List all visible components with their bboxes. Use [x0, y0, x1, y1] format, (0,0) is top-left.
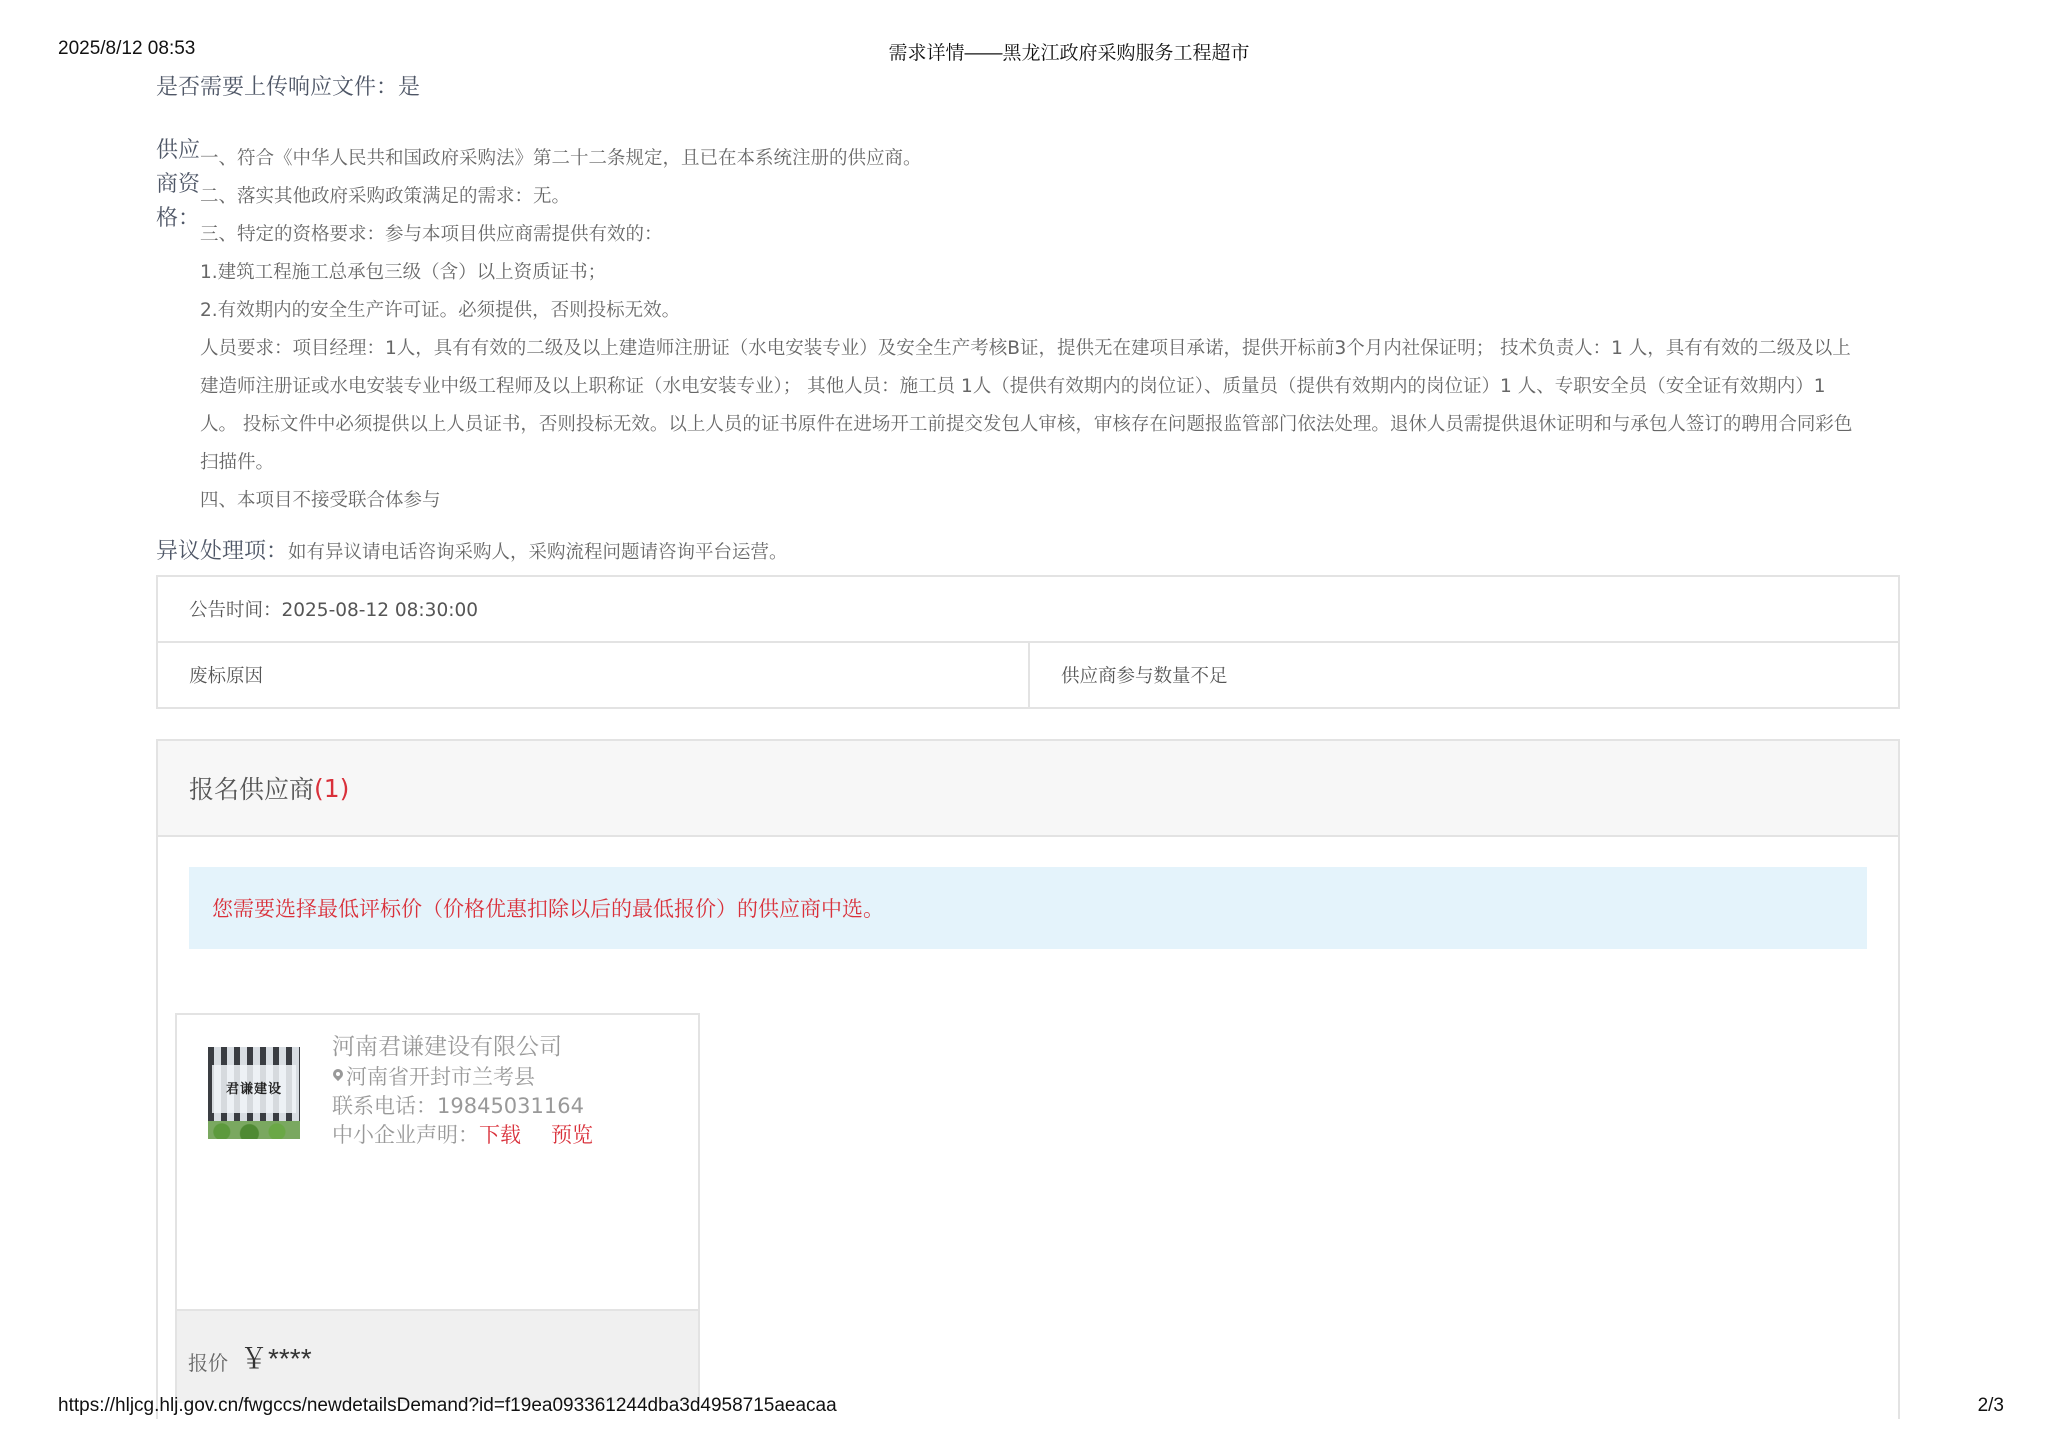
abandon-reason-row: 废标原因 供应商参与数量不足: [158, 641, 1898, 707]
company-phone: 19845031164: [437, 1094, 584, 1118]
print-page-title: 需求详情——黑龙江政府采购服务工程超市: [0, 38, 2048, 65]
qualification-item: 三、特定的资格要求：参与本项目供应商需提供有效的：: [200, 216, 1900, 254]
objection-value: 如有异议请电话咨询采购人，采购流程问题请咨询平台运营。: [288, 542, 788, 563]
company-info: 河南君谦建设有限公司 河南省开封市兰考县 联系电话：19845031164 中小…: [332, 1031, 623, 1150]
sme-preview-link[interactable]: 预览: [551, 1123, 593, 1147]
qualification-item: 人员要求：项目经理：1人，具有有效的二级及以上建造师注册证（水电安装专业）及安全…: [200, 330, 1900, 368]
qualification-item: 二、落实其他政府采购政策满足的需求：无。: [200, 178, 1900, 216]
logo-text: 君谦建设: [208, 1078, 300, 1097]
panel-title: 报名供应商: [189, 770, 314, 806]
company-name: 河南君谦建设有限公司: [332, 1031, 623, 1063]
upload-required-value: 是: [398, 75, 420, 100]
announce-time: 公告时间：2025-08-12 08:30:00: [158, 577, 478, 641]
announce-time-row: 公告时间：2025-08-12 08:30:00: [158, 577, 1898, 641]
company-logo: 君谦建设: [208, 1047, 300, 1139]
registered-suppliers-panel: 报名供应商(1) 您需要选择最低评标价（价格优惠扣除以后的最低报价）的供应商中选…: [156, 739, 1900, 1419]
panel-header: 报名供应商(1): [158, 741, 1898, 837]
qualification-item: 一、符合《中华人民共和国政府采购法》第二十二条规定，且已在本系统注册的供应商。: [200, 140, 1900, 178]
upload-required-label: 是否需要上传响应文件：: [156, 75, 398, 100]
supplier-qualification: 供应商资格： 一、符合《中华人民共和国政府采购法》第二十二条规定，且已在本系统注…: [156, 140, 1900, 520]
sme-declaration-row: 中小企业声明：下载预览: [332, 1121, 623, 1150]
company-phone-row: 联系电话：19845031164: [332, 1092, 623, 1121]
abandon-reason-value: 供应商参与数量不足: [1028, 643, 1898, 707]
objection-row: 异议处理项：如有异议请电话咨询采购人，采购流程问题请咨询平台运营。: [156, 534, 1900, 571]
qualification-item: 2.有效期内的安全生产许可证。必须提供，否则投标无效。: [200, 292, 1900, 330]
company-location-row: 河南省开封市兰考县: [332, 1063, 623, 1092]
map-pin-icon: [332, 1069, 344, 1085]
selection-notice: 您需要选择最低评标价（价格优惠扣除以后的最低报价）的供应商中选。: [189, 867, 1867, 949]
company-location: 河南省开封市兰考县: [346, 1065, 535, 1089]
qualification-item: 四、本项目不接受联合体参与: [200, 482, 1900, 520]
phone-label: 联系电话：: [332, 1094, 437, 1118]
qualification-item: 建造师注册证或水电安装专业中级工程师及以上职称证（水电安装专业）； 其他人员：施…: [200, 368, 1900, 406]
print-url: https://hljcg.hlj.gov.cn/fwgccs/newdetai…: [58, 1395, 837, 1417]
supplier-card: 君谦建设 河南君谦建设有限公司 河南省开封市兰考县 联系电话：198450311…: [175, 1013, 700, 1403]
objection-label: 异议处理项：: [156, 539, 288, 564]
print-page-number: 2/3: [1978, 1395, 2004, 1417]
price-label: 报价: [188, 1347, 228, 1376]
price-value: ￥****: [240, 1337, 312, 1377]
qualification-body: 一、符合《中华人民共和国政府采购法》第二十二条规定，且已在本系统注册的供应商。 …: [200, 140, 1900, 520]
announcement-info-table: 公告时间：2025-08-12 08:30:00 废标原因 供应商参与数量不足: [156, 575, 1900, 709]
qualification-item: 扫描件。: [200, 444, 1900, 482]
upload-required-row: 是否需要上传响应文件：是: [156, 70, 1900, 106]
supplier-count: (1): [314, 774, 349, 803]
supplier-price-row: 报价 ￥****: [177, 1311, 698, 1403]
qualification-label: 供应商资格：: [156, 134, 202, 236]
sme-download-link[interactable]: 下载: [479, 1123, 521, 1147]
qualification-item: 1.建筑工程施工总承包三级（含）以上资质证书；: [200, 254, 1900, 292]
supplier-card-body: 君谦建设 河南君谦建设有限公司 河南省开封市兰考县 联系电话：198450311…: [177, 1015, 698, 1311]
abandon-reason-label: 废标原因: [158, 643, 1028, 707]
qualification-item: 人。 投标文件中必须提供以上人员证书，否则投标无效。以上人员的证书原件在进场开工…: [200, 406, 1900, 444]
sme-label: 中小企业声明：: [332, 1123, 479, 1147]
demand-detail-content: 是否需要上传响应文件：是 供应商资格： 一、符合《中华人民共和国政府采购法》第二…: [156, 70, 1900, 1419]
